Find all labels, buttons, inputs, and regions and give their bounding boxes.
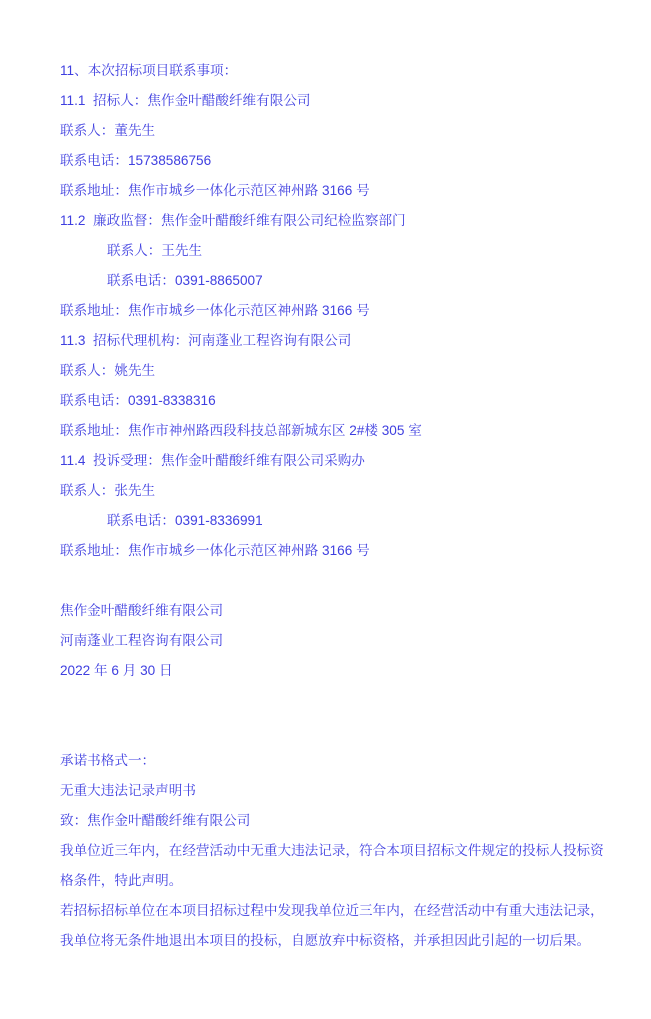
blank-line <box>60 566 620 596</box>
text-line: 河南蓬业工程咨询有限公司 <box>60 626 620 656</box>
text-line: 联系地址：焦作市城乡一体化示范区神州路 3166 号 <box>60 176 620 206</box>
text-line: 联系人：姚先生 <box>60 356 620 386</box>
text-line: 联系电话：15738586756 <box>60 146 620 176</box>
text-line: 联系地址：焦作市神州路西段科技总部新城东区 2#楼 305 室 <box>60 416 620 446</box>
text-line: 若招标招标单位在本项目招标过程中发现我单位近三年内，在经营活动中有重大违法记录， <box>60 896 620 926</box>
blank-line <box>60 716 620 746</box>
text-line: 联系人：董先生 <box>60 116 620 146</box>
text-line: 11.1 招标人：焦作金叶醋酸纤维有限公司 <box>60 86 620 116</box>
blank-line <box>60 686 620 716</box>
text-line: 11.2 廉政监督：焦作金叶醋酸纤维有限公司纪检监察部门 <box>60 206 620 236</box>
text-line: 联系人：王先生 <box>60 236 620 266</box>
text-line: 联系地址：焦作市城乡一体化示范区神州路 3166 号 <box>60 536 620 566</box>
text-line: 11.3 招标代理机构：河南蓬业工程咨询有限公司 <box>60 326 620 356</box>
text-line: 联系人：张先生 <box>60 476 620 506</box>
text-line: 格条件，特此声明。 <box>60 866 620 896</box>
text-line: 联系地址：焦作市城乡一体化示范区神州路 3166 号 <box>60 296 620 326</box>
text-line: 11、本次招标项目联系事项： <box>60 56 620 86</box>
document-lines: 11、本次招标项目联系事项：11.1 招标人：焦作金叶醋酸纤维有限公司联系人：董… <box>60 56 620 956</box>
text-line: 联系电话：0391-8336991 <box>60 506 620 536</box>
text-line: 联系电话：0391-8865007 <box>60 266 620 296</box>
text-line: 承诺书格式一： <box>60 746 620 776</box>
text-line: 11.4 投诉受理：焦作金叶醋酸纤维有限公司采购办 <box>60 446 620 476</box>
text-line: 无重大违法记录声明书 <box>60 776 620 806</box>
text-line: 焦作金叶醋酸纤维有限公司 <box>60 596 620 626</box>
text-line: 我单位近三年内，在经营活动中无重大违法记录，符合本项目招标文件规定的投标人投标资 <box>60 836 620 866</box>
text-line: 联系电话：0391-8338316 <box>60 386 620 416</box>
document-page: 11、本次招标项目联系事项：11.1 招标人：焦作金叶醋酸纤维有限公司联系人：董… <box>0 0 651 1019</box>
text-line: 致：焦作金叶醋酸纤维有限公司 <box>60 806 620 836</box>
text-line: 2022 年 6 月 30 日 <box>60 656 620 686</box>
text-line: 我单位将无条件地退出本项目的投标，自愿放弃中标资格，并承担因此引起的一切后果。 <box>60 926 620 956</box>
